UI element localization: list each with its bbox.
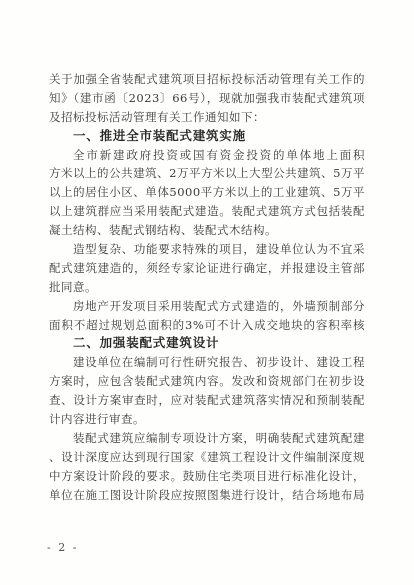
text-line: 查、设计方案审查时，应对装配式建筑落实情况和预制装配率设 <box>49 391 365 410</box>
text-line: 房地产开发项目采用装配式方式建造的，外墙预制部分建筑 <box>49 297 365 316</box>
text-line: 关于加强全省装配式建筑项目招标投标活动管理有关工作的通 <box>49 70 365 89</box>
text-line: 中方案设计阶段的要求。鼓励住宅类项目进行标准化设计，设计 <box>49 467 365 486</box>
text-line: 建设单位在编制可行性研究报告、初步设计、建设工程设计 <box>49 353 365 372</box>
text-line: 单位在施工图设计阶段应按照图集进行设计，结合场地布局要求 <box>49 486 365 505</box>
text-line: 方米以上的公共建筑、2万平方米以上大型公共建筑、5万平方米 <box>49 164 365 183</box>
document-page: 关于加强全省装配式建筑项目招标投标活动管理有关工作的通知》（建市函〔2023〕6… <box>0 0 414 585</box>
text-line: 装配式建筑应编制专项设计方案，明确装配式建筑配建指标 <box>49 429 365 448</box>
text-line: 及招标投标活动管理有关工作通知如下： <box>49 108 365 127</box>
text-line: 以上的居住小区、单体5000平方米以上的工业建筑、5万平方米 <box>49 183 365 202</box>
text-line: 计内容进行审查。 <box>49 410 365 429</box>
text-line: 知》（建市函〔2023〕66号），现就加强我市装配式建筑项目实施 <box>49 89 365 108</box>
section-heading: 一、推进全市装配式建筑实施 <box>49 127 365 146</box>
text-line: 配式建筑建造的，须经专家论证进行确定，并报建设主管部门审 <box>49 259 365 278</box>
text-line: 凝土结构、装配式钢结构、装配式木结构。 <box>49 221 365 240</box>
text-line: 批同意。 <box>49 278 365 297</box>
page-number: - 2 - <box>47 541 78 554</box>
text-line: 以上建筑群应当采用装配式建造。装配式建筑方式包括装配式混 <box>49 202 365 221</box>
document-text-block: 关于加强全省装配式建筑项目招标投标活动管理有关工作的通知》（建市函〔2023〕6… <box>49 70 365 504</box>
text-line: 全市新建政府投资或国有资金投资的单体地上面积5000平 <box>49 146 365 165</box>
section-heading: 二、加强装配式建筑设计 <box>49 334 365 353</box>
text-line: 方案时，应包含装配式建筑内容。发改和资规部门在初步设计审 <box>49 372 365 391</box>
text-line: 、设计深度应达到现行国家《建筑工程设计文件编制深度规定》 <box>49 448 365 467</box>
text-line: 造型复杂、功能要求特殊的项目，建设单位认为不宜采用装 <box>49 240 365 259</box>
text-line: 面积不超过规划总面积的3%可不计入成交地块的容积率核算。 <box>49 316 365 335</box>
